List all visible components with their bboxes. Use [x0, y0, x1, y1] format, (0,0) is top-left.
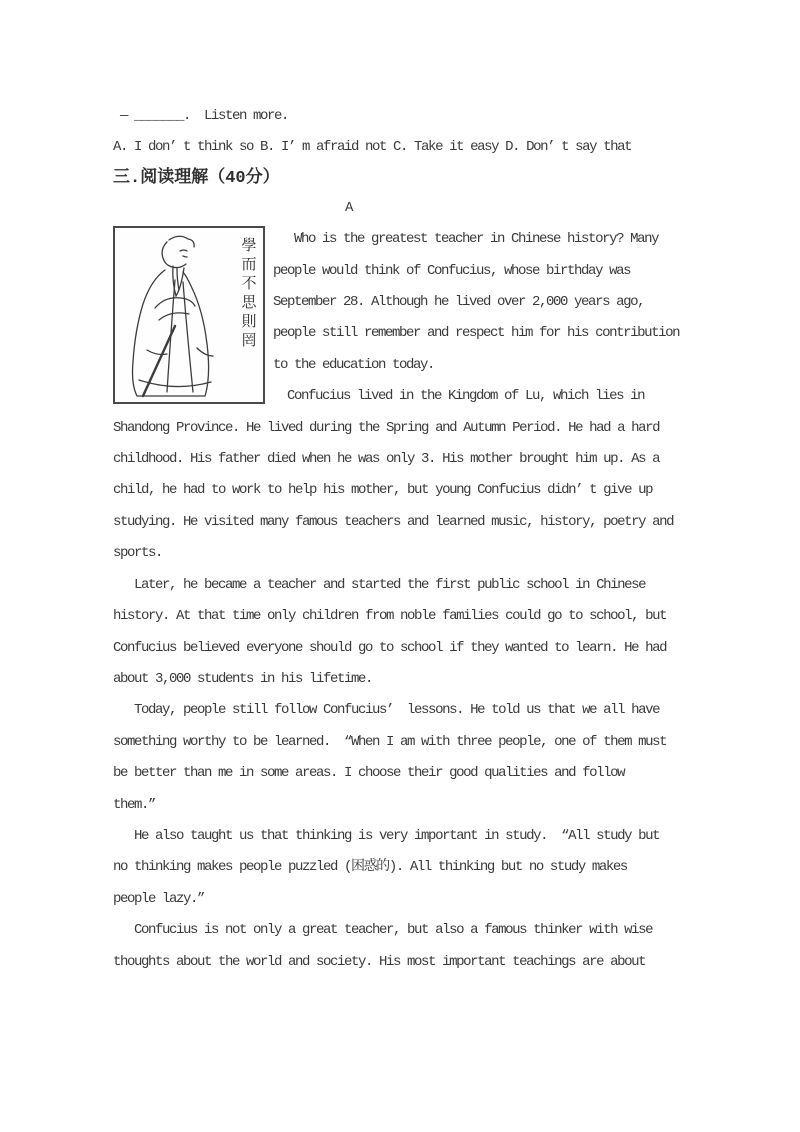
passage-line: sports. — [113, 538, 698, 569]
passage-line: childhood. His father died when he was o… — [113, 444, 698, 475]
passage-line: He also taught us that thinking is very … — [113, 821, 698, 852]
passage-line: about 3,000 students in his lifetime. — [113, 664, 698, 695]
passage-line: them.” — [113, 790, 698, 821]
passage-line: thoughts about the world and society. Hi… — [113, 947, 698, 978]
passage-line: Today, people still follow Confucius’ le… — [113, 695, 698, 726]
choice-options-line: A. I don’ t think so B. I’ m afraid not … — [113, 132, 698, 163]
passage-line: history. At that time only children from… — [113, 601, 698, 632]
caption-char: 罔 — [240, 332, 258, 351]
figure-vertical-caption: 學而不思則罔 — [240, 237, 258, 351]
caption-char: 學 — [240, 237, 258, 256]
passage-line: something worthy to be learned. “When I … — [113, 727, 698, 758]
passage-line: Confucius believed everyone should go to… — [113, 633, 698, 664]
passage-line: Later, he became a teacher and started t… — [113, 570, 698, 601]
exam-page: — _______. Listen more. A. I don’ t thin… — [0, 0, 800, 1132]
caption-char: 而 — [240, 256, 258, 275]
passage-line: be better than me in some areas. I choos… — [113, 758, 698, 789]
passage-line: Confucius is not only a great teacher, b… — [113, 915, 698, 946]
section-heading: 三.阅读理解（40分） — [113, 164, 698, 193]
passage: 學而不思則罔 Who is the greatest teacher in Ch… — [113, 224, 698, 978]
caption-char: 不 — [240, 275, 258, 294]
caption-char: 思 — [240, 294, 258, 313]
caption-char: 則 — [240, 313, 258, 332]
confucius-illustration — [117, 230, 232, 402]
passage-line: studying. He visited many famous teacher… — [113, 507, 698, 538]
confucius-figure: 學而不思則罔 — [113, 226, 265, 404]
passage-label: A — [113, 193, 698, 224]
dialogue-response-line: — _______. Listen more. — [113, 101, 698, 132]
passage-line: no thinking makes people puzzled (困惑的). … — [113, 852, 698, 883]
passage-line: child, he had to work to help his mother… — [113, 475, 698, 506]
passage-line: Shandong Province. He lived during the S… — [113, 413, 698, 444]
passage-line: people lazy.” — [113, 884, 698, 915]
